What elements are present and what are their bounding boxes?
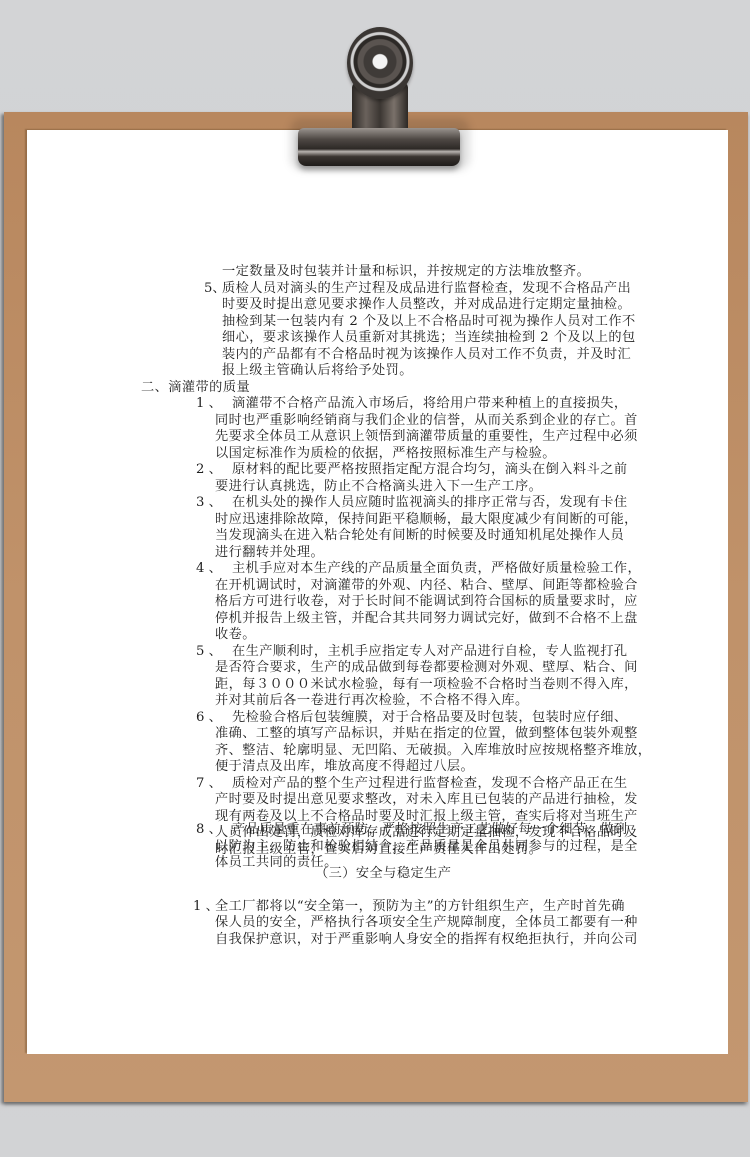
text-line: 格后方可进行收卷，对于长时间不能调试到符合国标的质量要求时，应 (215, 594, 638, 610)
text-line: 以防为主，防止和检验相结合，产品质量是全员共同参与的过程，是全 (215, 839, 638, 855)
text-line: 时应迅速排除故障，保持间距平稳顺畅，最大限度减少有间断的可能， (215, 512, 638, 528)
text-line: 产时要及时提出意见要求整改，对未入库且已包装的产品进行抽检，发 (215, 792, 638, 808)
item-number: 1 、 (196, 396, 222, 412)
item-number: 5 、 (196, 644, 222, 660)
text-line: 是否符合要求，生产的成品做到每卷都要检测对外观、壁厚、粘合、间 (215, 660, 638, 676)
text-line: 在机头处的操作人员应随时监视滴头的排序正常与否，发现有卡住 (232, 495, 628, 511)
text-line: 细心，要求该操作人员重新对其挑选；当连续抽检到 2 个及以上的包 (222, 330, 636, 346)
text-line: 距，每３０００米试水检验，每有一项检验不合格时当卷则不得入库， (215, 677, 638, 693)
text-line: 并对其前后各一卷进行再次检验，不合格不得入库。 (215, 693, 529, 709)
text-line: 主机手应对本生产线的产品质量全面负责，严格做好质量检验工作， (232, 561, 641, 577)
item-number: 2 、 (196, 462, 222, 478)
item-number: 6 、 (196, 710, 222, 726)
text-line: 在生产顺利时，主机手应指定专人对产品进行自检，专人监视打孔 (232, 644, 628, 660)
text-line: 产品质量重在事前预防，严格按照生产工艺做好每一个细节，做到 (232, 822, 628, 838)
text-line: 收卷。 (215, 627, 256, 643)
text-line: 原材料的配比要严格按照指定配方混合均匀，滴头在倒入料斗之前 (232, 462, 628, 478)
section-heading: 二、滴灌带的质量 (141, 380, 250, 396)
text-line: 先检验合格后包装缠膜，对于合格品要及时包装，包装时应仔细、 (232, 710, 628, 726)
section-heading: （三）安全与稳定生产 (315, 866, 451, 882)
text-line: 滴灌带不合格产品流入市场后，将给用户带来种植上的直接损失， (232, 396, 628, 412)
text-line: 同时也严重影响经销商与我们企业的信誉，从而关系到企业的存亡。首 (215, 413, 638, 429)
text-line: 以国定标准作为质检的依据，严格按照标准生产与检验。 (215, 446, 556, 462)
text-line: 进行翻转并处理。 (215, 545, 324, 561)
text-line: 当发现滴头在进入粘合轮处有间断的时候要及时通知机尾处操作人员 (215, 528, 624, 544)
text-line: 准确、工整的填写产品标识，并贴在指定的位置，做到整体包装外观整 (215, 726, 638, 742)
item-number: 4 、 (196, 561, 222, 577)
text-line: 保人员的安全，严格执行各项安全生产规障制度，全体员工都要有一种 (215, 915, 638, 931)
text-line: 先要求全体员工从意识上领悟到滴灌带质量的重要性，生产过程中必须 (215, 429, 638, 445)
text-line: 便于清点及出库，堆放高度不得超过八层。 (215, 759, 474, 775)
document-body: 一定数量及时包装并计量和标识，并按规定的方法堆放整齐。 5、 质检人员对滴头的生… (0, 0, 750, 1157)
item-number: 8 、 (196, 822, 222, 838)
item-number: 7 、 (196, 776, 222, 792)
text-line: 时要及时提出意见要求操作人员整改，并对成品进行定期定量抽检。 (222, 297, 631, 313)
text-line: 质检人员对滴头的生产过程及成品进行监督检查，发现不合格品产出 (222, 281, 631, 297)
text-line: 齐、整洁、轮廓明显、无凹陷、无破损。入库堆放时应按规格整齐堆放， (215, 743, 651, 759)
text-line: 停机并报告上级主管，并配合其共同努力调试完好，做到不合格不上盘 (215, 611, 638, 627)
text-line: 全工厂都将以“安全第一，预防为主”的方针组织生产，生产时首先确 (215, 899, 625, 915)
text-line: 装内的产品都有不合格品时视为该操作人员对工作不负责，并及时汇 (222, 347, 631, 363)
text-line: 质检对产品的整个生产过程进行监督检查，发现不合格产品正在生 (232, 776, 628, 792)
text-line: 一定数量及时包装并计量和标识，并按规定的方法堆放整齐。 (222, 264, 590, 280)
text-line: 报上级主管确认后将给予处罚。 (222, 363, 413, 379)
item-number: 3 、 (196, 495, 222, 511)
text-line: 自我保护意识，对于严重影响人身安全的指挥有权绝拒执行，并向公司 (215, 932, 638, 948)
text-line: 抽检到某一包装内有 2 个及以上不合格品时可视为操作人员对工作不 (222, 314, 636, 330)
text-line: 在开机调试时，对滴灌带的外观、内径、粘合、壁厚、间距等都检验合 (215, 578, 638, 594)
text-line: 要进行认真挑选，防止不合格滴头进入下一生产工序。 (215, 479, 542, 495)
